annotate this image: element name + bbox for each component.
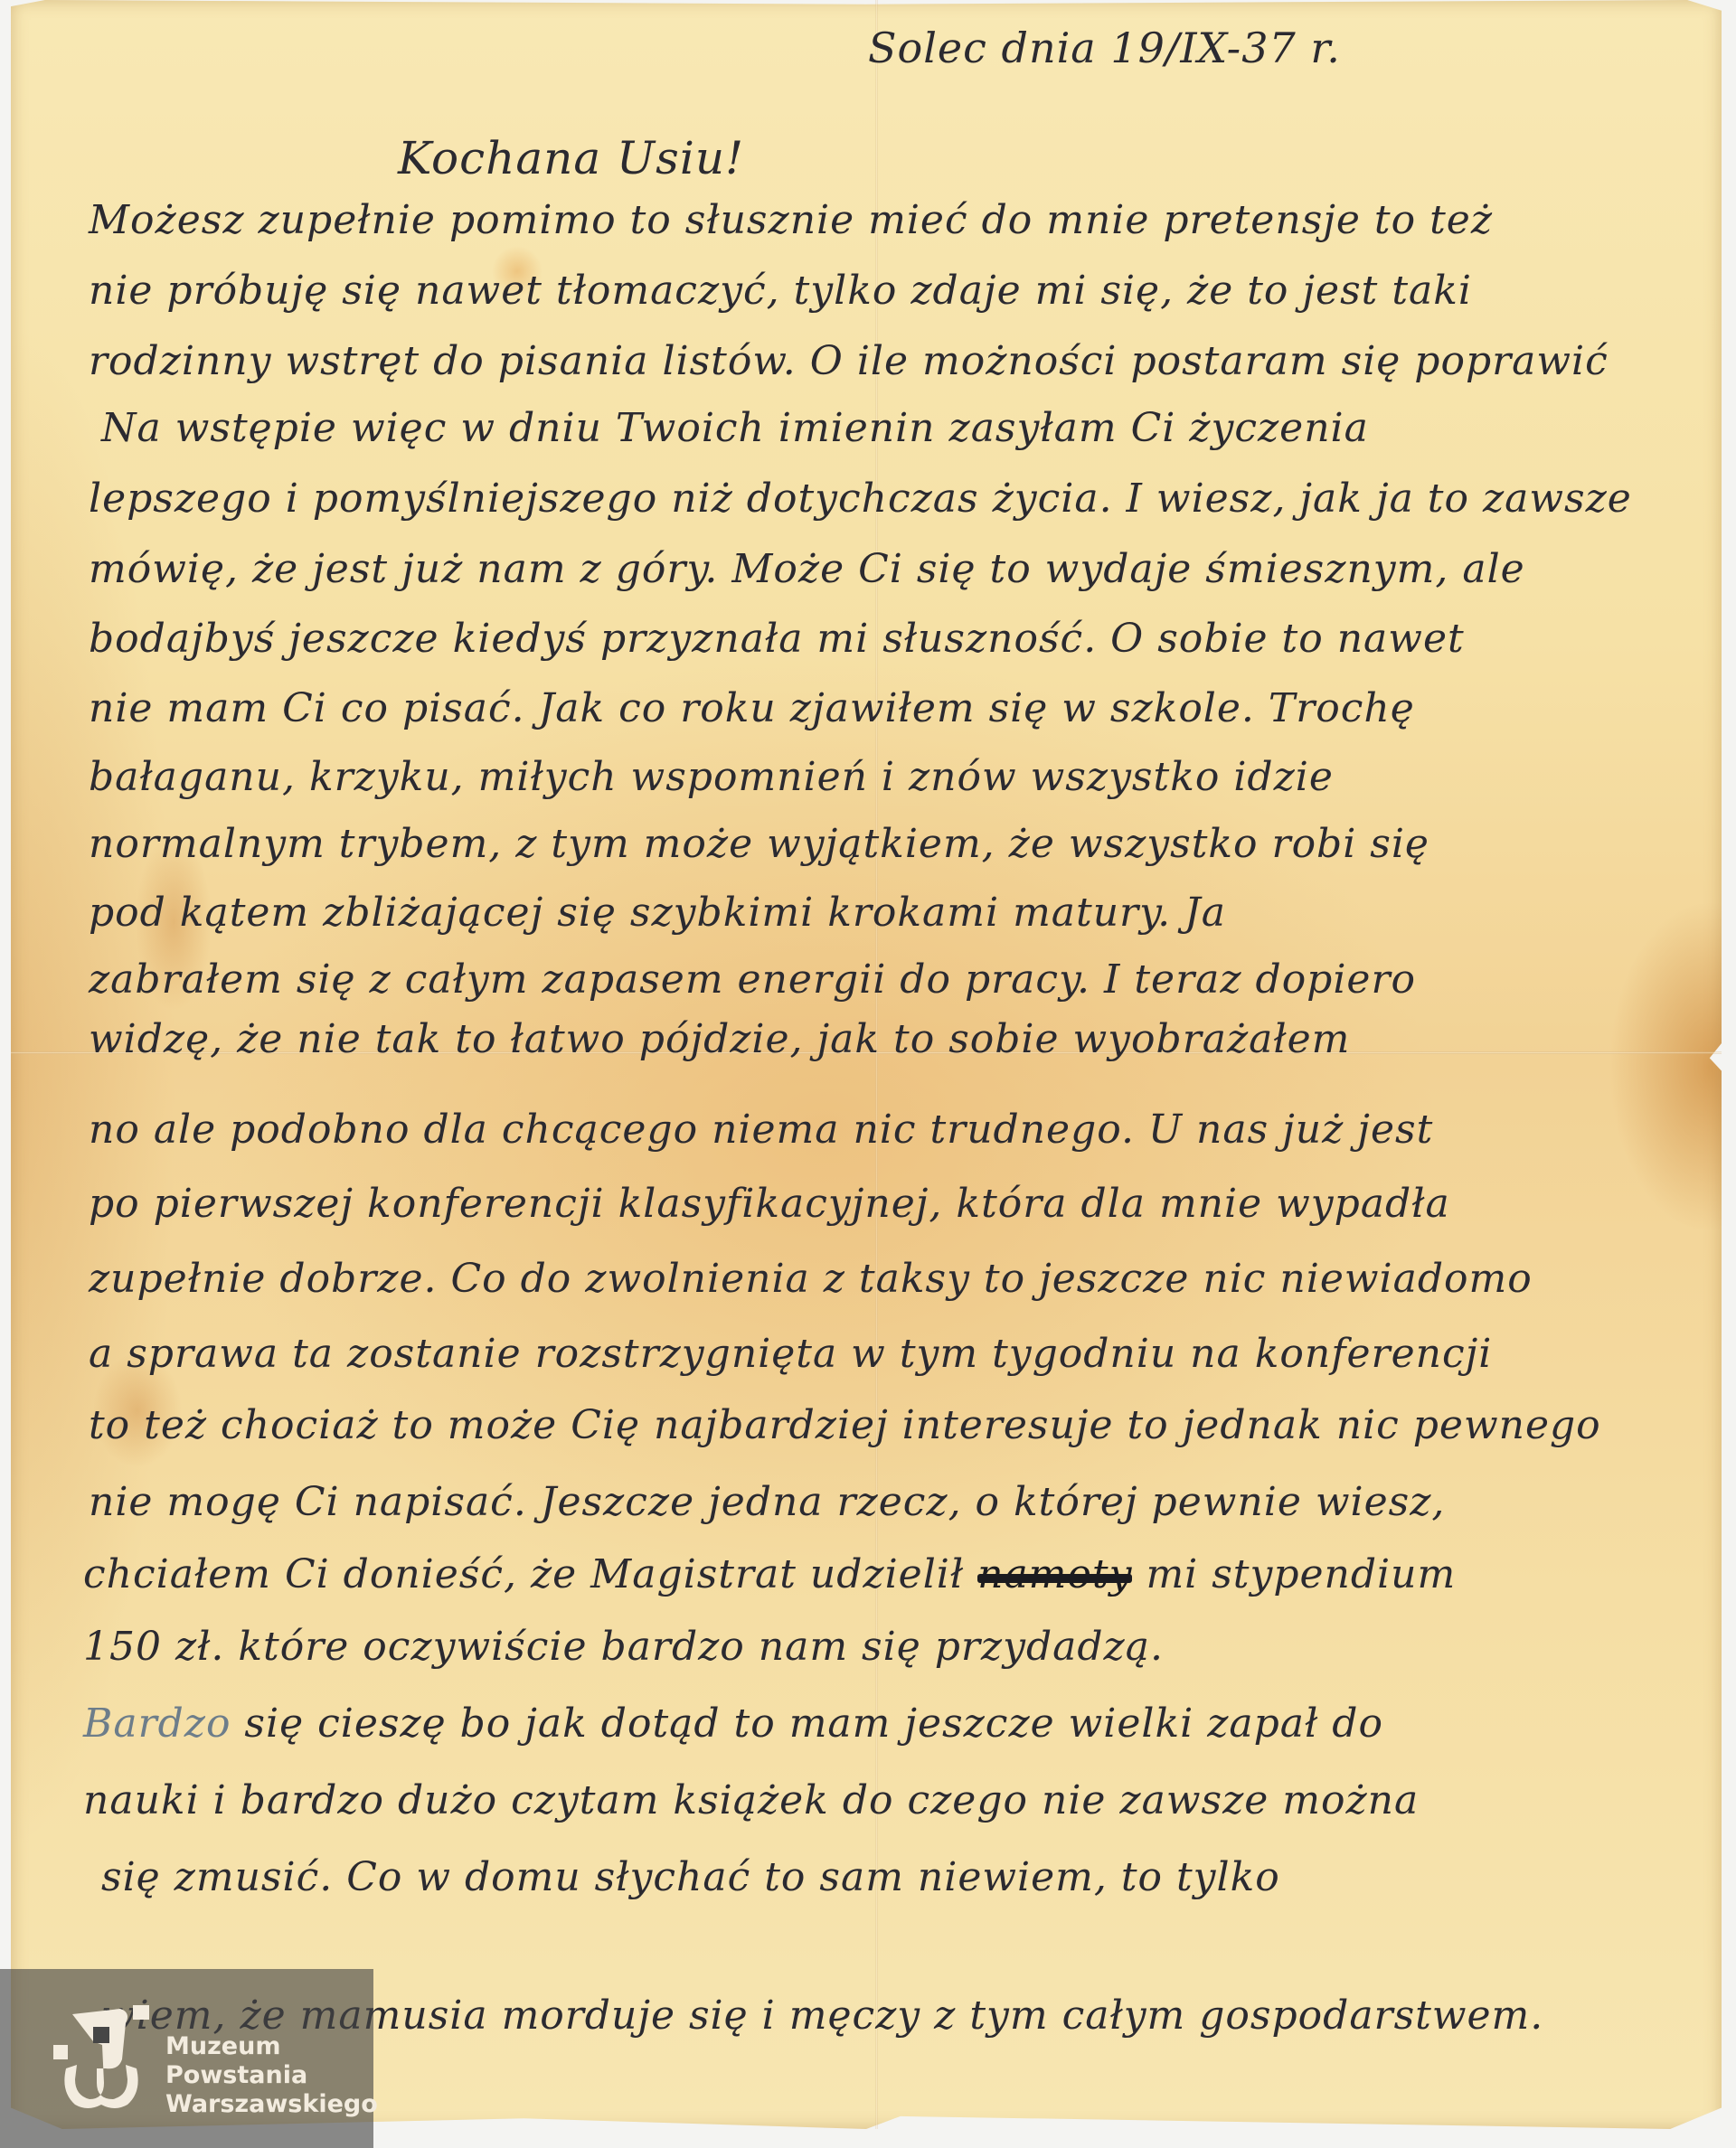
letter-date: Solec dnia 19/IX-37 r.	[868, 27, 1341, 69]
crossed-out-word: namoty	[977, 1555, 1132, 1595]
letter-line-6: mówię, że jest już nam z góry. Może Ci s…	[89, 550, 1525, 589]
letter-line-20-text: chciałem Ci donieść, że Magistrat udziel…	[83, 1551, 964, 1597]
letter-line-13: widzę, że nie tak to łatwo pójdzie, jak …	[89, 1020, 1350, 1060]
faint-word-bardzo: Bardzo	[83, 1700, 231, 1747]
letter-line-17: a sprawa ta zostanie rozstrzygnięta w ty…	[89, 1334, 1492, 1374]
letter-line-2: nie próbuję się nawet tłomaczyć, tylko z…	[89, 271, 1472, 311]
museum-name-line-2: Powstania	[165, 2061, 378, 2090]
museum-name-line-3: Warszawskiego	[165, 2090, 378, 2119]
letter-line-5: lepszego i pomyślniejszego niż dotychcza…	[89, 479, 1632, 519]
letter-line-14: no ale podobno dla chcącego niema nic tr…	[89, 1110, 1433, 1150]
letter-line-19: nie mogę Ci napisać. Jeszcze jedna rzecz…	[89, 1483, 1445, 1522]
letter-line-3: rodzinny wstręt do pisania listów. O ile…	[89, 342, 1609, 382]
museum-name: Muzeum Powstania Warszawskiego	[165, 2032, 378, 2119]
letter-line-20-tail: mi stypendium	[1146, 1551, 1456, 1597]
letter-greeting: Kochana Usiu!	[398, 136, 744, 181]
museum-watermark: Muzeum Powstania Warszawskiego	[0, 1969, 373, 2148]
letter-line-22: Bardzo się cieszę bo jak dotąd to mam je…	[83, 1704, 1383, 1744]
letter-line-21: 150 zł. które oczywiście bardzo nam się …	[83, 1627, 1164, 1667]
letter-line-24: się zmusić. Co w domu słychać to sam nie…	[101, 1858, 1280, 1898]
letter-line-16: zupełnie dobrze. Co do zwolnienia z taks…	[89, 1259, 1533, 1299]
letter-line-20: chciałem Ci donieść, że Magistrat udziel…	[83, 1555, 1456, 1595]
letter-line-11: pod kątem zbliżającej się szybkimi kroka…	[89, 893, 1226, 933]
letter-line-15: po pierwszej konferencji klasyfikacyjnej…	[89, 1184, 1450, 1224]
museum-name-line-1: Muzeum	[165, 2032, 378, 2061]
letter-line-7: bodajbyś jeszcze kiedyś przyznała mi słu…	[89, 619, 1465, 659]
kotwica-anchor-icon	[50, 2005, 154, 2109]
letter-line-4: Na wstępie więc w dniu Twoich imienin za…	[101, 409, 1369, 448]
letter-line-12: zabrałem się z całym zapasem energii do …	[89, 960, 1416, 1000]
letter-line-9: bałaganu, krzyku, miłych wspomnień i znó…	[89, 758, 1334, 797]
letter-line-18: to też chociaż to może Cię najbardziej i…	[89, 1406, 1601, 1446]
letter-line-10: normalnym trybem, z tym może wyjątkiem, …	[89, 824, 1429, 864]
letter-line-8: nie mam Ci co pisać. Jak co roku zjawiłe…	[89, 689, 1415, 729]
letter-line-1: Możesz zupełnie pomimo to słusznie mieć …	[89, 201, 1493, 240]
letter-line-22-rest: się cieszę bo jak dotąd to mam jeszcze w…	[231, 1700, 1383, 1747]
letter-line-23: nauki i bardzo dużo czytam książek do cz…	[83, 1781, 1419, 1821]
